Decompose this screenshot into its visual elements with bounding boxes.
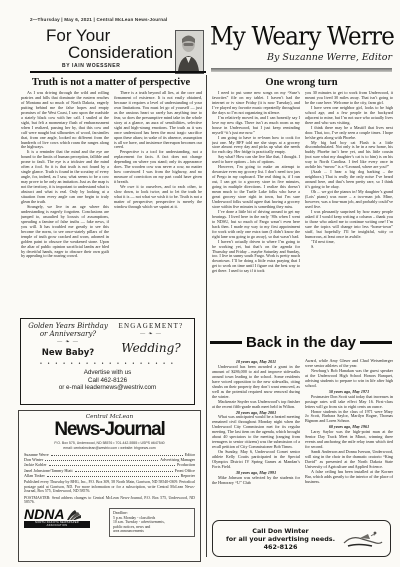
paragraph: Honor students in the class of 1971 were… xyxy=(305,410,393,425)
don-winter-line1: Call Don Winter xyxy=(219,527,342,535)
decorative-dashes: — ❧ — xyxy=(25,339,111,345)
golden-years-line: Golden Years Birthday or Anniversary? xyxy=(25,322,111,338)
bitd-col1: 10 years ago, May 2011Underwood has been… xyxy=(212,359,300,514)
left-article-col1: As I was driving through the wild and ro… xyxy=(21,91,109,313)
page-folio: 2—Thursday | May 6, 2021 | Central McLea… xyxy=(30,17,167,22)
right-article-col1: I need to put some new songs on my “Suse… xyxy=(212,91,300,309)
right-article-rule xyxy=(211,68,392,72)
golden-years-text2: or Anniversary? xyxy=(40,330,96,338)
dotted-separator: • • • • • • • • • • • • • • • • • • xyxy=(25,361,190,367)
paragraph: It is a reminder that the mind and the e… xyxy=(21,150,109,204)
paragraph: Mackenzie Snyder was Underwood’s top fin… xyxy=(212,400,300,410)
paragraph: Larry Saylor was the high-point man at t… xyxy=(305,430,393,450)
advertising-doodle-icon xyxy=(342,527,384,551)
staff-role: Reporter xyxy=(181,473,195,478)
author-photo xyxy=(175,30,204,74)
paragraph: area announcements xyxy=(113,529,191,534)
advertise-cta-line1: Advertise with us xyxy=(25,369,190,377)
paragraph: As I was driving through the wild and ro… xyxy=(21,91,109,150)
paragraph: A false ceiling has been installed at th… xyxy=(305,470,393,485)
right-column-byline: By Suzanne Werre, Editor xyxy=(252,52,392,63)
left-article-col2: There is a truth beyond all lies, at the… xyxy=(114,91,202,313)
staff-list: Suzanne WerreEditorDon WinterAdvertising… xyxy=(24,452,195,478)
paragraph: Newburg’s Bob Hanakan was the guest spea… xyxy=(305,369,393,389)
left-article-body: As I was driving through the wild and ro… xyxy=(21,91,202,313)
advertise-cta: Advertise with us Call 462-8126 or e-mai… xyxy=(25,369,190,392)
ndna-logo: NDNA NORTH DAKOTA NEWSPAPER ASSOCIATION xyxy=(24,508,108,537)
paragraph: Postmaster Don Scott said today that inc… xyxy=(305,395,393,410)
paragraph: I haven’t actually driven to where I’m g… xyxy=(212,240,300,275)
wedding-text: Wedding? xyxy=(112,341,190,355)
paragraph: (Aaah ... I hear a big dog barking – the… xyxy=(305,170,393,190)
don-winter-ad[interactable]: Call Don Winter for all your advertising… xyxy=(212,520,391,557)
don-winter-line2: for all your advertising needs. xyxy=(219,535,342,543)
ndna-pages-icon xyxy=(66,508,82,521)
newspaper-page: 2—Thursday | May 6, 2021 | Central McLea… xyxy=(0,0,400,567)
paragraph: Perspective is a tool for understanding,… xyxy=(114,150,202,185)
left-column-byline: BY IAIN WOESSNER xyxy=(62,63,120,69)
paragraph: I am going to have to re-learn how to co… xyxy=(212,136,300,156)
masthead-box: Central McLean News-Journal P.O. Box 575… xyxy=(18,410,201,562)
don-winter-phone[interactable]: 462-8126 xyxy=(219,543,342,551)
header-rule-left xyxy=(210,341,242,343)
advertise-email[interactable]: or e-mail leadernews@westriv.com xyxy=(25,384,190,392)
right-article-col2: you 30 minutes to get to work from Under… xyxy=(305,91,393,309)
paragraph: I was pleasantly surprised by how many p… xyxy=(305,210,393,240)
ndna-subtitle: NORTH DAKOTA NEWSPAPER ASSOCIATION xyxy=(24,521,90,528)
column-divider-rule xyxy=(206,75,207,557)
author-portrait-graphic xyxy=(176,31,201,71)
right-column-title: My Weary Werre World xyxy=(210,23,394,51)
paragraph: Underwood has been awarded a grant in th… xyxy=(212,365,300,400)
paragraph: There is a truth beyond all lies, at the… xyxy=(114,91,202,150)
left-column-title-line2: Consideration xyxy=(68,44,173,61)
dotted-leader xyxy=(47,476,179,477)
bitd-col2: Award, while Amy Gleser and Chad Weisenb… xyxy=(305,359,393,514)
paragraph: I have seen one neighbor girl, looks to … xyxy=(305,106,393,126)
paragraph: I’m relatively moved in, and I can hones… xyxy=(212,116,300,136)
house-ad-top-row: Golden Years Birthday or Anniversary? — … xyxy=(25,322,190,358)
paragraph: However, I’m going to make an attempt to… xyxy=(212,165,300,210)
back-in-the-day-body: 10 years ago, May 2011Underwood has been… xyxy=(212,359,393,514)
deadline-box: Deadline:5 p.m. Monday - classifieds10 a… xyxy=(109,508,195,537)
don-winter-ad-text: Call Don Winter for all your advertising… xyxy=(219,527,342,551)
paragraph: Strangely, we live in an age where this … xyxy=(21,205,109,259)
right-article-headline: One wrong turn xyxy=(211,77,392,88)
paragraph: Sandi Anderson and Donna Iverson, Underw… xyxy=(305,450,393,470)
advertise-phone[interactable]: Call 462-8126 xyxy=(25,377,190,385)
paragraph: you 30 minutes to get to work from Under… xyxy=(305,91,393,106)
paragraph: I need to put some new songs on my “Suse… xyxy=(212,91,300,116)
paragraph: S. xyxy=(305,245,393,250)
back-in-the-day-header: Back in the day xyxy=(210,334,392,351)
dotted-leader xyxy=(51,455,183,456)
back-in-the-day-title: Back in the day xyxy=(246,334,356,351)
left-article-headline: Truth is not a matter of perspective xyxy=(16,77,206,88)
header-rule-right xyxy=(360,341,392,343)
paragraph: My big bad boy cat Flash is a little dis… xyxy=(305,141,393,171)
paragraph: Mike Johnson was selected by the student… xyxy=(212,476,300,486)
house-ad-right: ENGAGEMENT? — ❧ — Wedding? xyxy=(112,322,190,358)
staff-row: Allan TinkerReporter xyxy=(24,473,195,478)
paragraph: On Sunday, May 6, Underwood Comet senior… xyxy=(212,450,300,470)
left-article-rule xyxy=(30,71,206,73)
dotted-leader xyxy=(75,471,173,472)
house-ad-left: Golden Years Birthday or Anniversary? — … xyxy=(25,322,111,358)
engagement-text: ENGAGEMENT? xyxy=(112,322,190,330)
paragraph: I’ve done a little bit of driving around… xyxy=(212,210,300,240)
masthead-bottom-row: NDNA NORTH DAKOTA NEWSPAPER ASSOCIATION … xyxy=(24,508,195,537)
staff-name: Allan Tinker xyxy=(24,473,45,478)
left-column-title-line1: For Your xyxy=(46,27,173,44)
masthead-contact: email: centralmclean@westriv.com • websi… xyxy=(24,446,195,450)
postmaster-notice: POSTMASTER: Send address changes to Cent… xyxy=(24,496,195,505)
advertise-house-ad[interactable]: Golden Years Birthday or Anniversary? — … xyxy=(20,318,195,405)
ndna-wordmark: NDNA xyxy=(24,508,64,521)
masthead-logo: News-Journal xyxy=(24,420,195,439)
golden-years-text1: Golden Years Birthday xyxy=(28,322,108,330)
dotted-leader xyxy=(49,465,175,466)
masthead-address: P.O. Box 575, Underwood, ND 58576 • 701-… xyxy=(24,441,195,445)
right-article-body: I need to put some new songs on my “Suse… xyxy=(212,91,393,309)
paragraph: We owe it to ourselves, and to each othe… xyxy=(114,185,202,210)
decorative-dashes: — ❧ — xyxy=(112,331,190,337)
new-baby-text: New Baby? xyxy=(25,348,111,358)
published-notice: Published every Thursday by BHG, Inc., P… xyxy=(24,480,195,494)
paragraph: I think there may be a Mastiff that live… xyxy=(305,126,393,141)
paragraph: Oh ... we got the pianos in! My daughter… xyxy=(305,190,393,210)
paragraph: What was anticipated would be a heated m… xyxy=(212,415,300,450)
dotted-leader xyxy=(45,460,158,461)
left-column-title: For Your Consideration xyxy=(46,27,173,61)
